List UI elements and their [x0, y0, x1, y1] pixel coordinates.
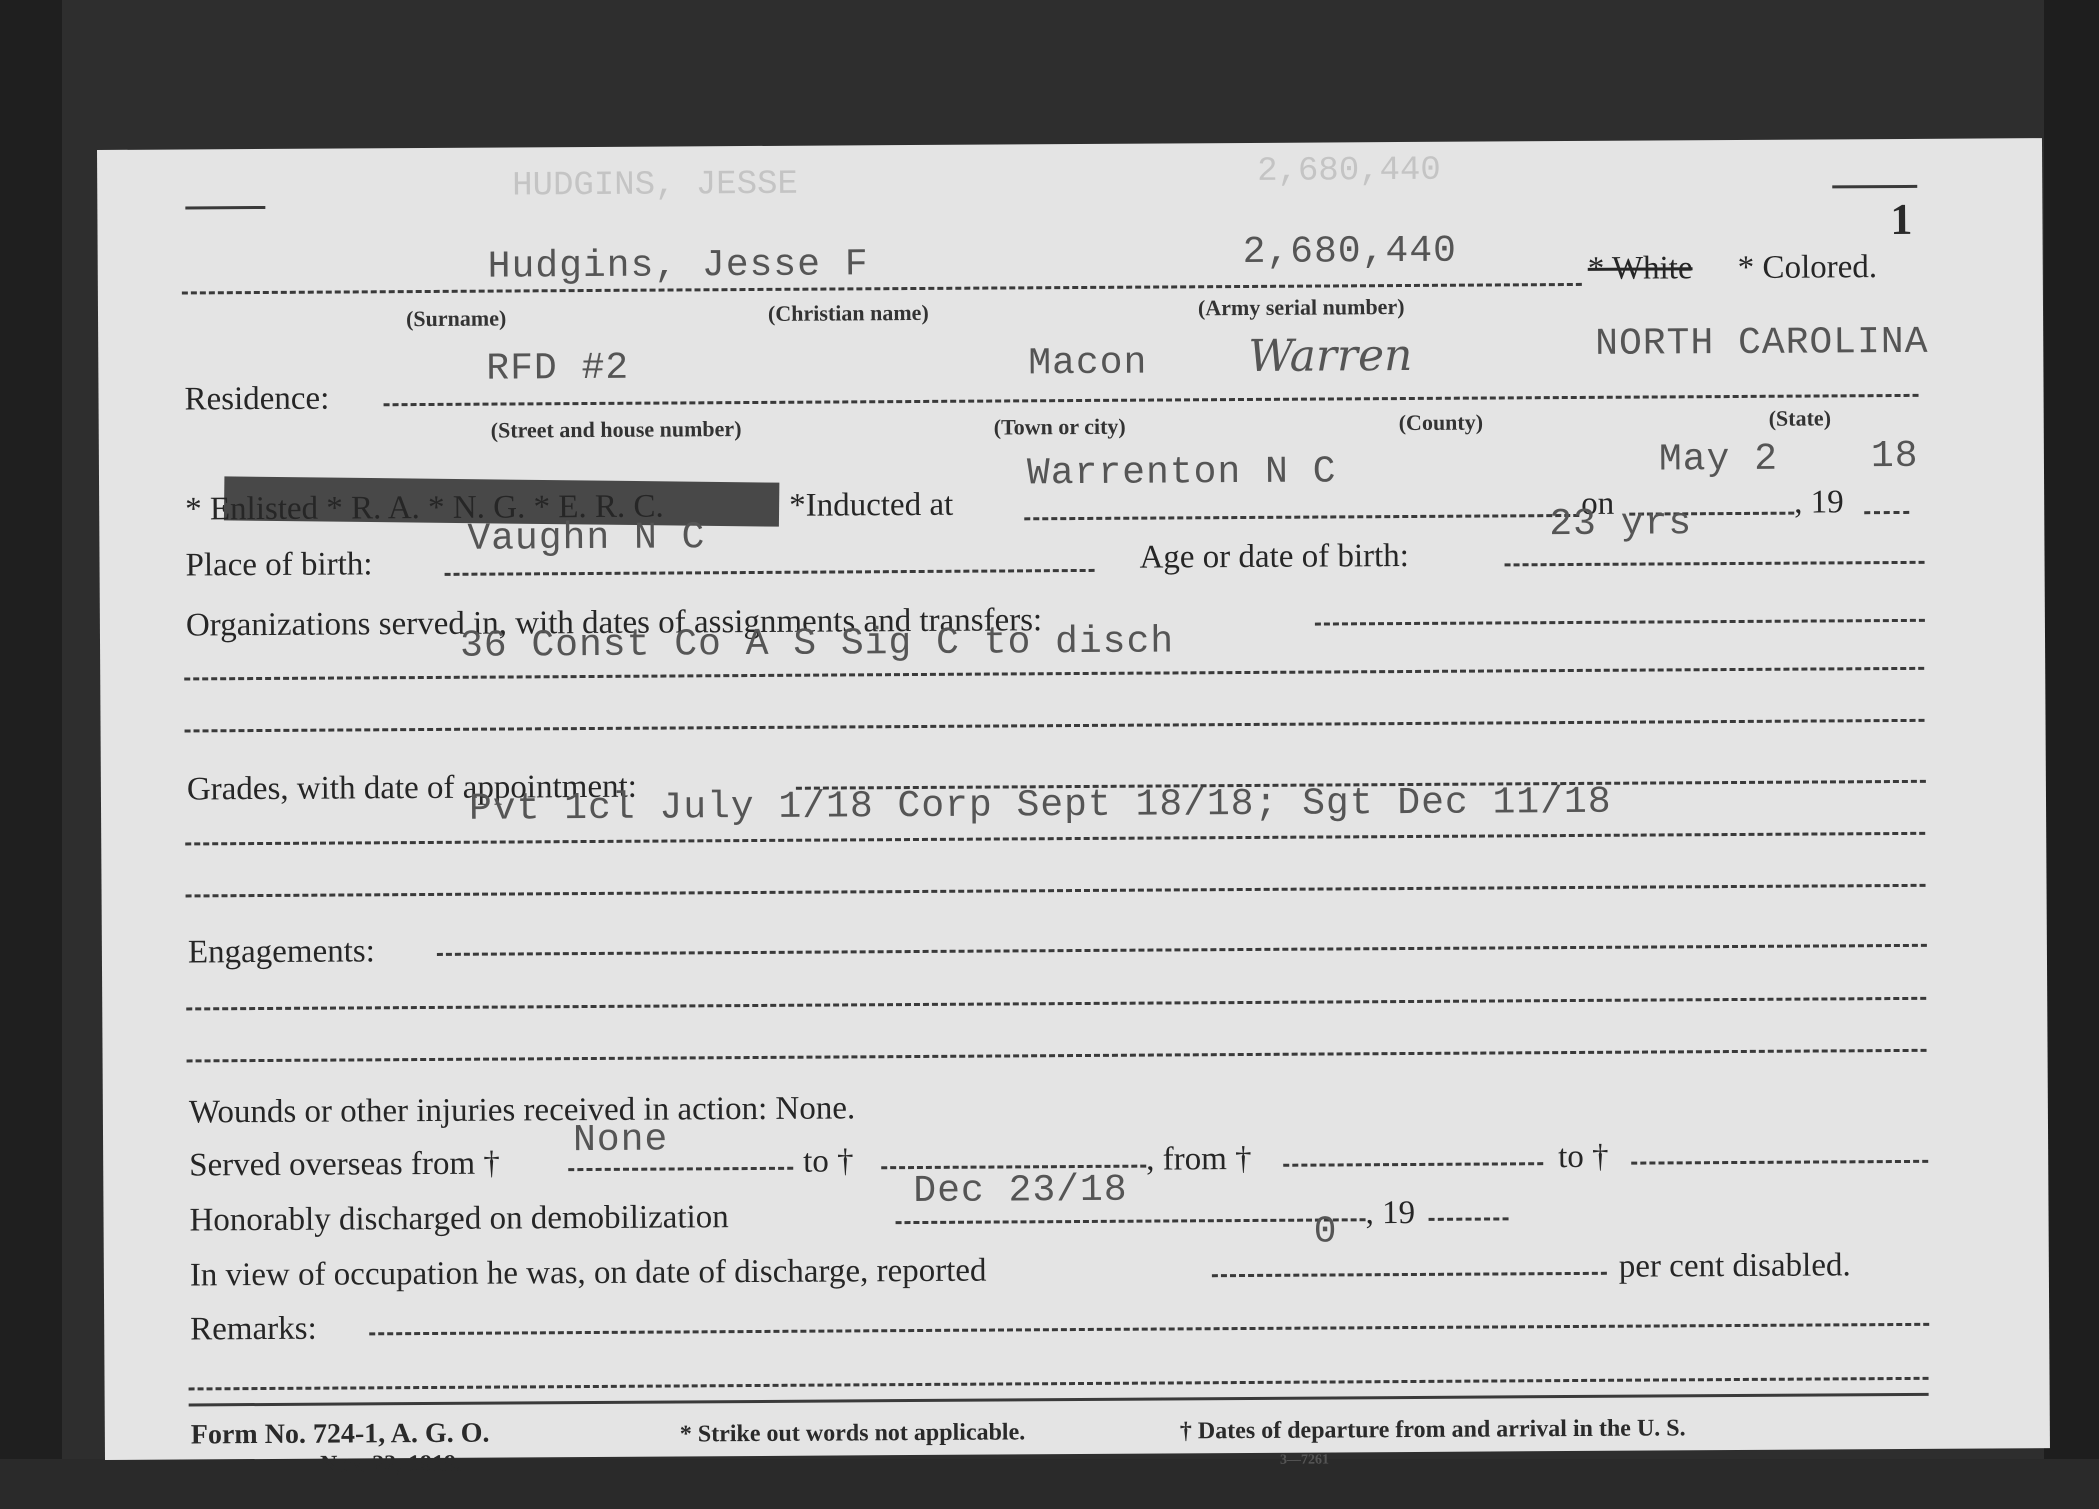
residence-county: Warren [1248, 330, 1412, 382]
engagements-line-2 [186, 997, 1926, 1011]
grades-value: Pvt 1cl July 1/18 Corp Sept 18/18; Sgt D… [469, 781, 1612, 831]
disability-line [1212, 1272, 1607, 1277]
engagements-label: Engagements: [188, 933, 375, 971]
organizations-line-3 [185, 719, 1925, 733]
residence-line [384, 394, 1919, 406]
discharge-label: Honorably discharged on demobilization [189, 1199, 728, 1239]
remarks-line-2 [189, 1377, 1929, 1391]
induction-date: May 2 [1659, 438, 1778, 482]
grades-line-3 [186, 884, 1926, 898]
organizations-value: 36 Const Co A S Sig C to disch [460, 620, 1174, 667]
strike-note: * Strike out words not applicable. [680, 1419, 1026, 1448]
organizations-line-1 [1315, 619, 1925, 626]
dates-note: † Dates of departure from and arrival in… [1180, 1415, 1686, 1445]
residence-street: RFD #2 [486, 347, 629, 391]
year-line [1864, 511, 1909, 514]
disability-suffix: per cent disabled. [1619, 1247, 1851, 1285]
remarks-label: Remarks: [190, 1311, 317, 1349]
organizations-line-2 [184, 667, 1924, 681]
serial-value: 2,680,440 [1243, 230, 1457, 274]
discharge-line [896, 1218, 1366, 1224]
overseas-to2-label: to † [1558, 1139, 1609, 1176]
place-of-birth-label: Place of birth: [185, 546, 372, 584]
disability-value: 0 [1314, 1210, 1338, 1253]
inducted-line [1024, 514, 1579, 520]
printer-code: 3—7261 [1280, 1452, 1329, 1468]
scan-left-border [0, 0, 62, 1509]
form-date: Nov. 22, 1919. [320, 1451, 462, 1479]
place-of-birth-line [445, 569, 1095, 576]
top-right-dash [1832, 185, 1917, 189]
overseas-from2-label: , from † [1146, 1141, 1252, 1179]
age-label: Age or date of birth: [1139, 538, 1409, 577]
age-value: 23 yrs [1549, 502, 1692, 546]
card-number: 1 [1890, 194, 1912, 245]
christian-name-caption: (Christian name) [768, 300, 929, 327]
overseas-from2-line [1283, 1162, 1543, 1167]
form-number: Form No. 724-1, A. G. O. [191, 1418, 490, 1452]
wounds-label: Wounds or other injuries received in act… [189, 1090, 856, 1131]
surname-caption: (Surname) [406, 306, 506, 333]
faint-header-serial: 2,680,440 [1257, 152, 1441, 191]
age-line [1505, 561, 1925, 567]
faint-header-name: HUDGINS, JESSE [512, 166, 798, 206]
overseas-to-label: to † [803, 1143, 854, 1180]
overseas-to2-line [1631, 1160, 1928, 1165]
overseas-label: Served overseas from † [189, 1146, 500, 1185]
grades-line-2 [185, 832, 1925, 846]
inducted-at-value: Warrenton N C [1027, 450, 1337, 495]
year-prefix: , 19 [1794, 484, 1844, 521]
scan-bottom-border [0, 1459, 2099, 1509]
scan-right-border [2044, 0, 2099, 1509]
overseas-from-value: None [573, 1119, 668, 1163]
residence-town: Macon [1028, 342, 1147, 386]
footer-rule [189, 1393, 1929, 1407]
discharge-year-label: , 19 [1365, 1195, 1415, 1232]
discharge-value: Dec 23/18 [913, 1169, 1127, 1213]
name-value: Hudgins, Jesse F [488, 243, 869, 288]
race-colored: * Colored. [1738, 249, 1878, 287]
name-line [182, 283, 1582, 295]
residence-state: NORTH CAROLINA [1595, 321, 1929, 366]
state-caption: (State) [1769, 405, 1831, 431]
town-caption: (Town or city) [994, 414, 1126, 441]
street-caption: (Street and house number) [491, 416, 742, 444]
discharge-year-line [1429, 1217, 1509, 1220]
top-left-dash [185, 206, 265, 209]
race-white-struck: * White [1588, 250, 1693, 288]
residence-label: Residence: [184, 381, 329, 419]
service-record-card: HUDGINS, JESSE 2,680,440 1 Hudgins, Jess… [97, 138, 2050, 1460]
serial-caption: (Army serial number) [1198, 294, 1405, 321]
remarks-line-1 [369, 1323, 1929, 1336]
county-caption: (County) [1399, 410, 1484, 437]
engagements-line-1 [437, 944, 1927, 956]
inducted-label: *Inducted at [789, 487, 953, 525]
induction-year: 18 [1871, 435, 1919, 478]
disability-label: In view of occupation he was, on date of… [190, 1253, 987, 1295]
engagements-line-3 [187, 1049, 1927, 1063]
overseas-from-line [568, 1167, 793, 1171]
place-of-birth-value: Vaughn N C [467, 516, 705, 560]
